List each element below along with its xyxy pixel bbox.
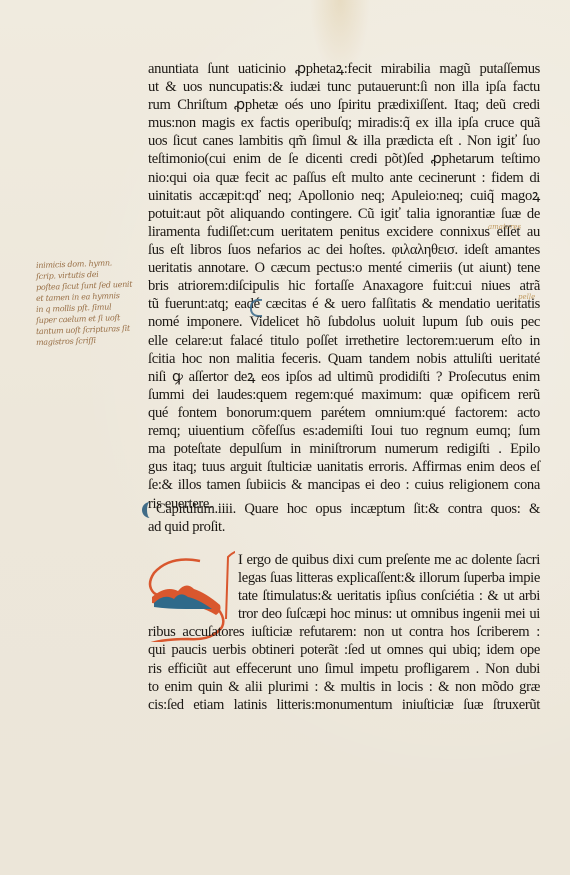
text-line: ribus accuſatores iuſticiæ refutarem: no… <box>148 623 540 641</box>
text-line: nio:qui oia quæ fecit ac paſſus eſt mult… <box>148 169 540 187</box>
text-line: uinitatis accæpit:qď neq; Apollonio neq;… <box>148 187 540 205</box>
text-line: gus itaq; tuus arguit ſtulticiæ uanitati… <box>148 458 540 476</box>
text-line: ueritatis annotare. O cæcum pectus:o men… <box>148 259 540 277</box>
text-line: ma poteſtate depulſum in miniſtrorum num… <box>148 440 540 458</box>
text-line: ſummi dei laudes:quem regem:qué maximum:… <box>148 386 540 404</box>
text-line: niſi ꝙ aſſertor deꝝ eos ipſos ad ultimũ … <box>148 368 540 386</box>
text-line: ris efficiũt aut effecerunt uno ſimul im… <box>148 660 540 678</box>
text-line: potuit:aut põt aliquando contingere. Cũ … <box>148 205 540 223</box>
text-line: tror deo ſuſcæpi hoc minus: ut omnibus i… <box>238 605 540 623</box>
text-line: tate ſtimulatus:& ueritatis ipſius conſc… <box>238 587 540 605</box>
text-line: liramenta fudiſſet:cum ueritatem penitus… <box>148 223 540 241</box>
text-line: qué fontem bonorum:quem parétem omnium:q… <box>148 404 540 422</box>
text-line: mus:non magis ex factis operibuſq; mirad… <box>148 114 540 132</box>
text-line: bris atriorem:diſcipulis hic fortaſſe An… <box>148 277 540 295</box>
text-line: tũ fuerunt:atq; eadé cæcitas é & uero fa… <box>148 295 540 313</box>
text-line: nomé imponere. Videlicet hõ ſubdolus uol… <box>148 313 540 331</box>
text-line: uos ſicut canes lambitis qm̃ ſimul & ill… <box>148 132 540 150</box>
text-line: qui paucis uerbis obtineri poterãt :ſed … <box>148 641 540 659</box>
text-line: teſtimonio(cui enim de ſe dicenti credi … <box>148 150 540 168</box>
text-line: ſcitia hoc non malitia feceris. Quam tan… <box>148 350 540 368</box>
text-line: cis:ſed etiam latinis litteris:monumentu… <box>148 696 540 714</box>
text-line: rum Chriſtum ꝓphetæ oés uno ſpiritu præd… <box>148 96 540 114</box>
manuscript-page: inimicis dom. hymn. ſcrip. virtutis dei … <box>0 0 570 875</box>
text-line: to enim quin & alii plurimi : & multis i… <box>148 678 540 696</box>
text-line: anuntiata ſunt uaticinio ꝓphetaꝝ:fecit m… <box>148 60 540 78</box>
text-line: remq; uiuentium cõfeſſus es:ademiſti Iou… <box>148 422 540 440</box>
handwritten-marginalia: inimicis dom. hymn. ſcrip. virtutis dei … <box>36 258 154 346</box>
chapter-heading-line: ad quid proſit. <box>148 518 225 536</box>
text-line: legas ſuas litteras explicaſſent:& illor… <box>238 569 540 587</box>
text-line: ſus eſt libros ſuos nefarios ac dei hoſt… <box>148 241 540 259</box>
text-line: ut & uos nuncupatis:& iudæi tunc putauer… <box>148 78 540 96</box>
chapter-heading-line: Capitulum.iiii. Quare hoc opus incæptum … <box>156 500 540 518</box>
text-line: elle celare:ut falacé titulo poſſet irre… <box>148 332 540 350</box>
paragraph-mark-icon <box>142 502 157 518</box>
text-line: I ergo de quibus dixi cum preſente me ac… <box>238 551 540 569</box>
text-line: ſe:& illos tamen ſubiicis & mancipas ei … <box>148 476 540 494</box>
